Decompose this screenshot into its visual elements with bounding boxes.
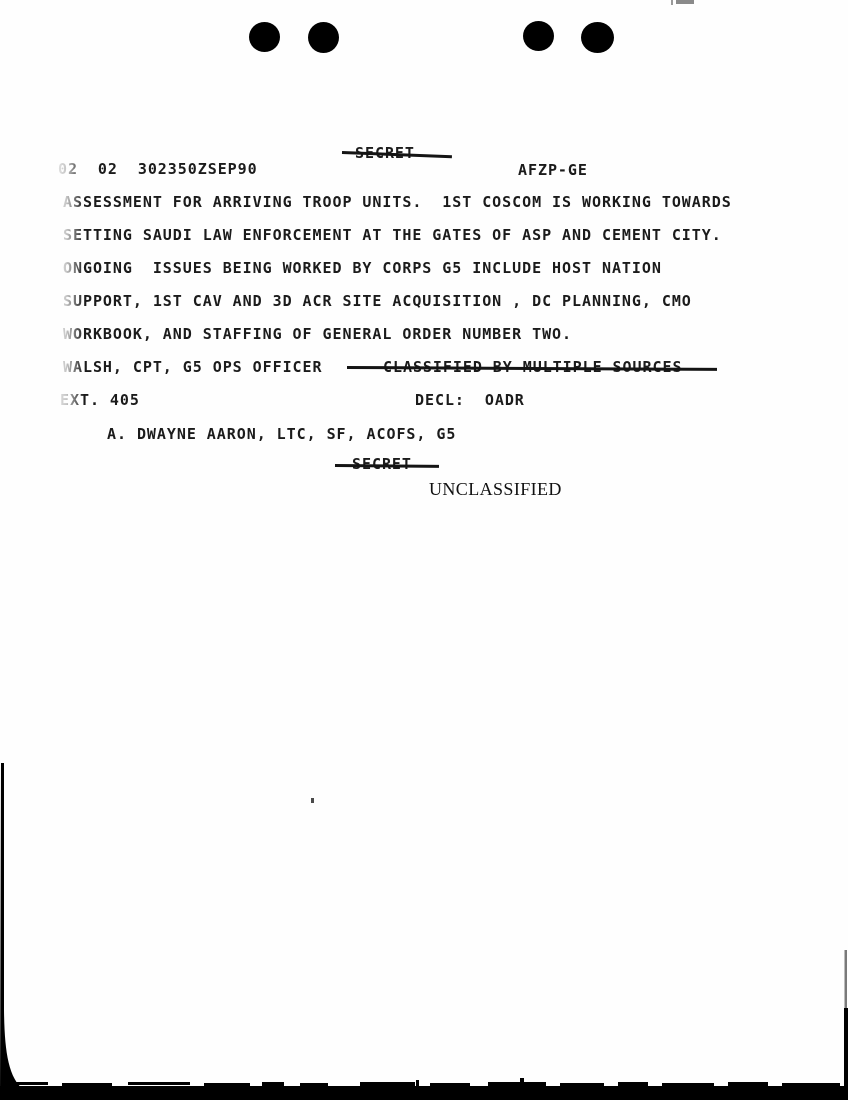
body-line: SUPPORT, 1ST CAV AND 3D ACR SITE ACQUISI… (63, 294, 692, 309)
scan-artifact-right-edge (844, 1008, 848, 1100)
hole-punch-dot (308, 22, 339, 53)
unclassified-stamp: UNCLASSIFIED (429, 479, 562, 500)
scan-artifact-bottom-dashes (14, 1078, 840, 1086)
scanned-document-page: SECRET 02 02 302350ZSEP90 AFZP-GE ASSESS… (0, 0, 848, 1100)
ext-line: EXT. 405 (60, 393, 140, 408)
scan-artifact-right-edge-gray (845, 950, 848, 1012)
body-line: WORKBOOK, AND STAFFING OF GENERAL ORDER … (63, 327, 572, 342)
scan-speck (311, 798, 314, 803)
signature-line: A. DWAYNE AARON, LTC, SF, ACOFS, G5 (107, 427, 456, 442)
page-code: 02 02 302350ZSEP90 (58, 162, 258, 177)
office-symbol: AFZP-GE (518, 163, 588, 178)
scan-smudge-dash (676, 0, 694, 4)
decl-line: DECL: OADR (415, 393, 525, 408)
scan-artifact-left-edge (0, 763, 24, 1100)
scan-smudge-tick (671, 0, 673, 5)
strikethrough-line (335, 464, 439, 467)
poc-line: WALSH, CPT, G5 OPS OFFICER (63, 360, 323, 375)
hole-punch-dot (523, 21, 554, 51)
body-line: ONGOING ISSUES BEING WORKED BY CORPS G5 … (63, 261, 662, 276)
hole-punch-dot (249, 22, 280, 52)
scan-artifact-bottom-band (0, 1086, 848, 1100)
hole-punch-dot (581, 22, 614, 53)
body-line: ASSESSMENT FOR ARRIVING TROOP UNITS. 1ST… (63, 195, 732, 210)
body-line: SETTING SAUDI LAW ENFORCEMENT AT THE GAT… (63, 228, 722, 243)
